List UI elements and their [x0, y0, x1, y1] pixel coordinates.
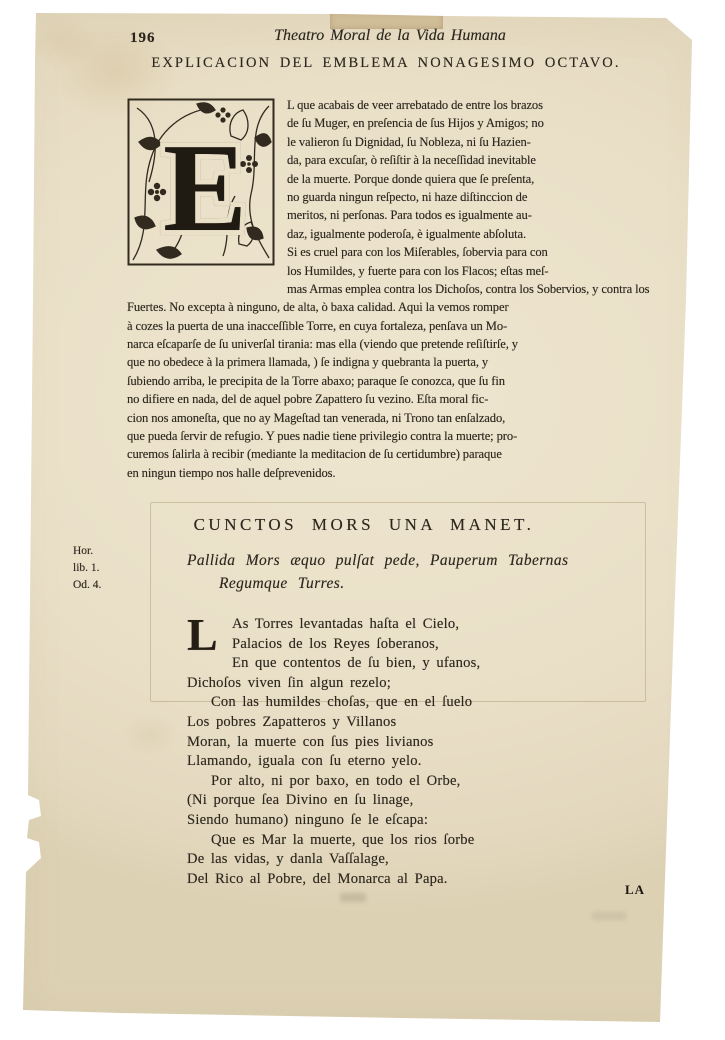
motto-heading: CUNCTOS MORS UNA MANET.	[116, 515, 612, 535]
explication-line: narca eſcaparſe de ſu univerſal tirania:…	[127, 335, 619, 353]
poem-initial-letter: L	[187, 615, 225, 655]
catchword: LA	[625, 882, 645, 898]
ink-show-through-smudge	[340, 893, 366, 902]
poem-line: (Ni porque ſea Divino en ſu linage,	[187, 791, 474, 811]
poem-line: En que contentos de ſu bien, y ufanos,	[187, 654, 474, 674]
floral-initial-woodcut: E E	[127, 98, 275, 266]
scanned-book-page: 196 Theatro Moral de la Vida Humana EXPL…	[0, 0, 725, 1040]
engraved-initial-E: E E	[127, 98, 275, 266]
margin-note-line: lib. 1.	[73, 560, 101, 577]
explication-line: cion nos amoneſta, que no ay Mageſtad ta…	[127, 409, 619, 427]
explication-line: que pueda ſervir de refugio. Y pues nadi…	[127, 427, 619, 445]
poem-line: Llamando, iguala con ſu eterno yelo.	[187, 752, 474, 772]
poem-line: Que es Mar la muerte, que los rios ſorbe	[187, 831, 474, 851]
ink-show-through-smudge	[592, 912, 626, 920]
sonnet: L As Torres levantadas haſta el Cielo,Pa…	[187, 615, 474, 889]
explication-line: curemos ſalirla à recibir (mediante la m…	[127, 445, 619, 463]
margin-note-line: Hor.	[73, 543, 101, 560]
poem-line: De las vidas, y danla Vaſſalage,	[187, 850, 474, 870]
poem-line: Moran, la muerte con ſus pies livianos	[187, 733, 474, 753]
section-heading: EXPLICACION DEL EMBLEMA NONAGESIMO OCTAV…	[116, 55, 656, 72]
poem-line: Por alto, ni por baxo, en todo el Orbe,	[187, 772, 474, 792]
page-number: 196	[130, 30, 156, 47]
poem-line: Con las humildes choſas, que en el ſuelo	[187, 693, 474, 713]
margin-citation-horace: Hor.lib. 1.Od. 4.	[73, 543, 101, 594]
latin-epigraph: Pallida Mors æquo pulſat pede, Pauperum …	[187, 549, 568, 595]
explication-line: en ningun tiempo nos halle deſprevenidos…	[127, 464, 619, 482]
running-title: Theatro Moral de la Vida Humana	[180, 27, 600, 45]
paper-sheet: 196 Theatro Moral de la Vida Humana EXPL…	[0, 0, 725, 1040]
poem-line: As Torres levantadas haſta el Cielo,	[187, 615, 474, 635]
explication-line: à cozes la puerta de una inacceſſible To…	[127, 317, 619, 335]
poem-line: Dichoſos viven ſin algun rezelo;	[187, 674, 474, 694]
poem-line: Palacios de los Reyes ſoberanos,	[187, 635, 474, 655]
margin-note-line: Od. 4.	[73, 577, 101, 594]
epigraph-line: Pallida Mors æquo pulſat pede, Pauperum …	[187, 549, 568, 572]
explication-line: Fuertes. No excepta à ninguno, de alta, …	[127, 298, 619, 316]
explication-line: no difiere en nada, del de aquel pobre Z…	[127, 390, 619, 408]
explication-line: que no obedece à la primera llamada, ) ſ…	[127, 353, 619, 371]
explication-line: ſubiendo arriba, le precipita de la Torr…	[127, 372, 619, 390]
poem-line: Siendo humano) ninguno ſe le eſcapa:	[187, 811, 474, 831]
epigraph-line: Regumque Turres.	[187, 572, 568, 595]
explication-paragraph: E E L que acabais de veer arrebatado de …	[127, 96, 619, 482]
poem-line: Del Rico al Pobre, del Monarca al Papa.	[187, 870, 474, 890]
explication-line: mas Armas emplea contra los Dichoſos, co…	[127, 280, 619, 298]
poem-line: Los pobres Zapatteros y Villanos	[187, 713, 474, 733]
initial-letter: E	[163, 119, 247, 258]
